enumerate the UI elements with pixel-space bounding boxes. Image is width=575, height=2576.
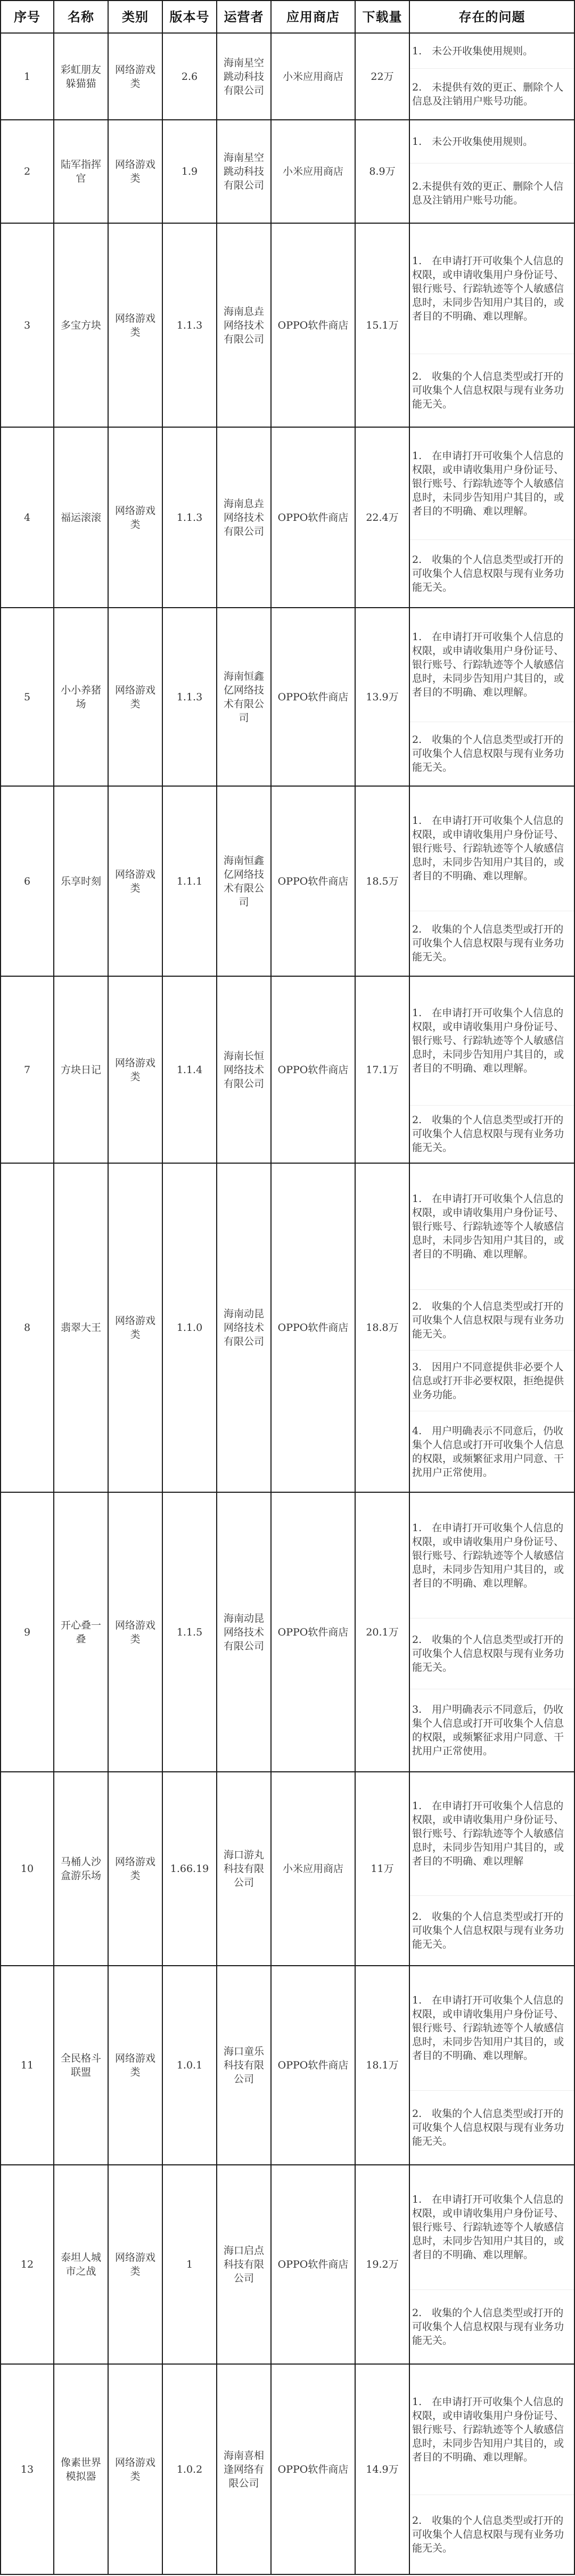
cell-downloads: 11万 [356, 1772, 410, 1965]
cell-category: 网络游戏类 [109, 2365, 163, 2574]
cell-version: 1.1.3 [163, 224, 217, 427]
cell-index: 7 [0, 977, 54, 1163]
cell-index: 2 [0, 120, 54, 223]
cell-name: 乐享时刻 [54, 787, 109, 976]
cell-name: 多宝方块 [54, 224, 109, 427]
cell-store: 小米应用商店 [272, 34, 356, 119]
issue-text: 2. 未提供有效的更正、删除个人信息及注销用户账号功能。 [412, 80, 572, 108]
cell-version: 1.1.4 [163, 977, 217, 1163]
issue-text: 3. 因用户不同意提供非必要个人信息或打开非必要权限，拒绝提供业务功能。 [412, 1360, 572, 1402]
issue-text: 2. 收集的个人信息类型或打开的可收集个人信息权限与现有业务功能无关。 [412, 733, 572, 774]
cell-store: OPPO软件商店 [272, 1164, 356, 1492]
cell-name: 全民格斗联盟 [54, 1966, 109, 2164]
cell-name: 福运滚滚 [54, 428, 109, 607]
cell-index: 10 [0, 1772, 54, 1965]
cell-index: 9 [0, 1493, 54, 1771]
issue-item: 2. 收集的个人信息类型或打开的可收集个人信息权限与现有业务功能无关。 [410, 354, 574, 427]
cell-operator: 海口童乐科技有限公司 [217, 1966, 272, 2164]
cell-category: 网络游戏类 [109, 428, 163, 607]
cell-operator: 海南长恒网络技术有限公司 [217, 977, 272, 1163]
cell-category: 网络游戏类 [109, 224, 163, 427]
issue-item: 2. 收集的个人信息类型或打开的可收集个人信息权限与现有业务功能无关。 [410, 2091, 574, 2164]
issue-item: 2. 收集的个人信息类型或打开的可收集个人信息权限与现有业务功能无关。 [410, 1896, 574, 1965]
issue-item: 1. 在申请打开可收集个人信息的权限，或申请收集用户身份证号、银行账号、行踪轨迹… [410, 2165, 574, 2290]
cell-issues: 1. 未公开收集使用规则。2. 未提供有效的更正、删除个人信息及注销用户账号功能… [410, 34, 575, 119]
cell-issues: 1. 在申请打开可收集个人信息的权限，或申请收集用户身份证号、银行账号、行踪轨迹… [410, 2165, 575, 2364]
cell-issues: 1. 在申请打开可收集个人信息的权限，或申请收集用户身份证号、银行账号、行踪轨迹… [410, 977, 575, 1163]
cell-store: OPPO软件商店 [272, 977, 356, 1163]
cell-operator: 海南动昆网络技术有限公司 [217, 1164, 272, 1492]
cell-version: 1.66.19 [163, 1772, 217, 1965]
cell-category: 网络游戏类 [109, 120, 163, 223]
issue-item: 1. 在申请打开可收集个人信息的权限，或申请收集用户身份证号、银行账号、行踪轨迹… [410, 787, 574, 911]
cell-downloads: 13.9万 [356, 608, 410, 786]
cell-name: 像素世界模拟器 [54, 2365, 109, 2574]
cell-store: OPPO软件商店 [272, 428, 356, 607]
cell-store: OPPO软件商店 [272, 1493, 356, 1771]
issue-text: 1. 在申请打开可收集个人信息的权限，或申请收集用户身份证号、银行账号、行踪轨迹… [412, 1006, 572, 1075]
cell-downloads: 18.8万 [356, 1164, 410, 1492]
issue-item: 2. 收集的个人信息类型或打开的可收集个人信息权限与现有业务功能无关。 [410, 540, 574, 607]
cell-version: 1 [163, 2165, 217, 2364]
cell-version: 1.0.2 [163, 2365, 217, 2574]
cell-index: 11 [0, 1966, 54, 2164]
issue-item: 1. 在申请打开可收集个人信息的权限，或申请收集用户身份证号、银行账号、行踪轨迹… [410, 2365, 574, 2495]
issue-text: 2. 收集的个人信息类型或打开的可收集个人信息权限与现有业务功能无关。 [412, 1299, 572, 1341]
issue-text: 2. 收集的个人信息类型或打开的可收集个人信息权限与现有业务功能无关。 [412, 922, 572, 964]
table-row: 11 全民格斗联盟 网络游戏类 1.0.1 海口童乐科技有限公司 OPPO软件商… [0, 1966, 575, 2165]
issue-item: 2.未提供有效的更正、删除个人信息及注销用户账号功能。 [410, 163, 574, 223]
cell-operator: 海南动昆网络技术有限公司 [217, 1493, 272, 1771]
cell-index: 5 [0, 608, 54, 786]
cell-store: OPPO软件商店 [272, 608, 356, 786]
app-list-table: 序号 名称 类别 版本号 运营者 应用商店 下载量 存在的问题 1 彩虹朋友躲猫… [0, 0, 575, 2575]
header-name: 名称 [54, 1, 109, 32]
table-row: 5 小小养猪场 网络游戏类 1.1.3 海南恒鑫亿网络技术有限公司 OPPO软件… [0, 608, 575, 787]
cell-version: 2.6 [163, 34, 217, 119]
issue-text: 1. 在申请打开可收集个人信息的权限，或申请收集用户身份证号、银行账号、行踪轨迹… [412, 1799, 572, 1868]
cell-issues: 1. 未公开收集使用规则。2.未提供有效的更正、删除个人信息及注销用户账号功能。 [410, 120, 575, 223]
issue-item: 2. 收集的个人信息类型或打开的可收集个人信息权限与现有业务功能无关。 [410, 1618, 574, 1689]
table-header-row: 序号 名称 类别 版本号 运营者 应用商店 下载量 存在的问题 [0, 0, 575, 34]
issue-text: 2. 收集的个人信息类型或打开的可收集个人信息权限与现有业务功能无关。 [412, 2514, 572, 2555]
issue-text: 2. 收集的个人信息类型或打开的可收集个人信息权限与现有业务功能无关。 [412, 1633, 572, 1674]
issue-text: 2.未提供有效的更正、删除个人信息及注销用户账号功能。 [412, 179, 572, 207]
table-row: 10 马桶人沙盒游乐场 网络游戏类 1.66.19 海口游丸科技有限公司 小米应… [0, 1772, 575, 1966]
header-operator: 运营者 [217, 1, 272, 32]
cell-operator: 海口启点科技有限公司 [217, 2165, 272, 2364]
issue-text: 1. 在申请打开可收集个人信息的权限，或申请收集用户身份证号、银行账号、行踪轨迹… [412, 1192, 572, 1261]
cell-downloads: 22万 [356, 34, 410, 119]
issue-item: 1. 在申请打开可收集个人信息的权限，或申请收集用户身份证号、银行账号、行踪轨迹… [410, 608, 574, 722]
cell-store: OPPO软件商店 [272, 224, 356, 427]
cell-index: 1 [0, 34, 54, 119]
header-issues: 存在的问题 [410, 1, 575, 32]
issue-text: 1. 在申请打开可收集个人信息的权限，或申请收集用户身份证号、银行账号、行踪轨迹… [412, 2395, 572, 2464]
cell-store: OPPO软件商店 [272, 2365, 356, 2574]
issue-item: 1. 在申请打开可收集个人信息的权限，或申请收集用户身份证号、银行账号、行踪轨迹… [410, 1164, 574, 1290]
cell-operator: 海口游丸科技有限公司 [217, 1772, 272, 1965]
issue-text: 2. 收集的个人信息类型或打开的可收集个人信息权限与现有业务功能无关。 [412, 1910, 572, 1951]
cell-operator: 海南喜相逢网络有限公司 [217, 2365, 272, 2574]
cell-version: 1.9 [163, 120, 217, 223]
table-row: 1 彩虹朋友躲猫猫 网络游戏类 2.6 海南星空跳动科技有限公司 小米应用商店 … [0, 34, 575, 120]
cell-issues: 1. 在申请打开可收集个人信息的权限，或申请收集用户身份证号、银行账号、行踪轨迹… [410, 1164, 575, 1492]
cell-issues: 1. 在申请打开可收集个人信息的权限，或申请收集用户身份证号、银行账号、行踪轨迹… [410, 224, 575, 427]
issue-text: 2. 收集的个人信息类型或打开的可收集个人信息权限与现有业务功能无关。 [412, 553, 572, 594]
cell-category: 网络游戏类 [109, 977, 163, 1163]
issue-item: 1. 在申请打开可收集个人信息的权限，或申请收集用户身份证号、银行账号、行踪轨迹… [410, 1493, 574, 1618]
cell-operator: 海南星空跳动科技有限公司 [217, 34, 272, 119]
cell-downloads: 19.2万 [356, 2165, 410, 2364]
cell-category: 网络游戏类 [109, 34, 163, 119]
cell-category: 网络游戏类 [109, 2165, 163, 2364]
issue-item: 2. 收集的个人信息类型或打开的可收集个人信息权限与现有业务功能无关。 [410, 2495, 574, 2574]
cell-issues: 1. 在申请打开可收集个人信息的权限，或申请收集用户身份证号、银行账号、行踪轨迹… [410, 1493, 575, 1771]
cell-downloads: 8.9万 [356, 120, 410, 223]
issue-item: 2. 收集的个人信息类型或打开的可收集个人信息权限与现有业务功能无关。 [410, 1290, 574, 1351]
header-category: 类别 [109, 1, 163, 32]
cell-name: 彩虹朋友躲猫猫 [54, 34, 109, 119]
issue-item: 1. 在申请打开可收集个人信息的权限，或申请收集用户身份证号、银行账号、行踪轨迹… [410, 977, 574, 1106]
cell-category: 网络游戏类 [109, 1772, 163, 1965]
issue-text: 3. 用户明确表示不同意后，仍收集个人信息或打开可收集个人信息的权限，或频繁征求… [412, 1703, 572, 1758]
table-row: 13 像素世界模拟器 网络游戏类 1.0.2 海南喜相逢网络有限公司 OPPO软… [0, 2365, 575, 2575]
issue-text: 1. 在申请打开可收集个人信息的权限，或申请收集用户身份证号、银行账号、行踪轨迹… [412, 1521, 572, 1590]
issue-item: 1. 在申请打开可收集个人信息的权限，或申请收集用户身份证号、银行账号、行踪轨迹… [410, 224, 574, 354]
issue-text: 1. 在申请打开可收集个人信息的权限，或申请收集用户身份证号、银行账号、行踪轨迹… [412, 630, 572, 699]
issue-text: 1. 在申请打开可收集个人信息的权限，或申请收集用户身份证号、银行账号、行踪轨迹… [412, 2193, 572, 2262]
cell-downloads: 22.4万 [356, 428, 410, 607]
cell-category: 网络游戏类 [109, 608, 163, 786]
issue-text: 4. 用户明确表示不同意后，仍收集个人信息或打开可收集个人信息的权限，或频繁征求… [412, 1424, 572, 1479]
cell-version: 1.1.0 [163, 1164, 217, 1492]
cell-name: 小小养猪场 [54, 608, 109, 786]
cell-operator: 海南恒鑫亿网络技术有限公司 [217, 608, 272, 786]
table-row: 9 开心叠一叠 网络游戏类 1.1.5 海南动昆网络技术有限公司 OPPO软件商… [0, 1493, 575, 1772]
cell-operator: 海南恒鑫亿网络技术有限公司 [217, 787, 272, 976]
cell-name: 陆军指挥官 [54, 120, 109, 223]
cell-name: 马桶人沙盒游乐场 [54, 1772, 109, 1965]
cell-operator: 海南息垚网络技术有限公司 [217, 428, 272, 607]
cell-operator: 海南星空跳动科技有限公司 [217, 120, 272, 223]
issue-text: 1. 未公开收集使用规则。 [412, 135, 572, 149]
cell-index: 3 [0, 224, 54, 427]
cell-downloads: 18.5万 [356, 787, 410, 976]
cell-issues: 1. 在申请打开可收集个人信息的权限，或申请收集用户身份证号、银行账号、行踪轨迹… [410, 2365, 575, 2574]
cell-downloads: 14.9万 [356, 2365, 410, 2574]
issue-item: 2. 收集的个人信息类型或打开的可收集个人信息权限与现有业务功能无关。 [410, 722, 574, 786]
cell-index: 4 [0, 428, 54, 607]
cell-index: 12 [0, 2165, 54, 2364]
header-store: 应用商店 [272, 1, 356, 32]
table-body: 1 彩虹朋友躲猫猫 网络游戏类 2.6 海南星空跳动科技有限公司 小米应用商店 … [0, 34, 575, 2575]
issue-text: 1. 在申请打开可收集个人信息的权限，或申请收集用户身份证号、银行账号、行踪轨迹… [412, 1993, 572, 2063]
table-row: 3 多宝方块 网络游戏类 1.1.3 海南息垚网络技术有限公司 OPPO软件商店… [0, 224, 575, 428]
cell-operator: 海南息垚网络技术有限公司 [217, 224, 272, 427]
header-downloads: 下载量 [356, 1, 410, 32]
cell-version: 1.0.1 [163, 1966, 217, 2164]
table-row: 12 泰坦人城市之战 网络游戏类 1 海口启点科技有限公司 OPPO软件商店 1… [0, 2165, 575, 2365]
cell-category: 网络游戏类 [109, 1164, 163, 1492]
issue-item: 2. 未提供有效的更正、删除个人信息及注销用户账号功能。 [410, 69, 574, 119]
cell-store: 小米应用商店 [272, 1772, 356, 1965]
issue-text: 1. 在申请打开可收集个人信息的权限，或申请收集用户身份证号、银行账号、行踪轨迹… [412, 254, 572, 323]
cell-version: 1.1.5 [163, 1493, 217, 1771]
issue-text: 1. 未公开收集使用规则。 [412, 44, 572, 58]
cell-index: 6 [0, 787, 54, 976]
cell-issues: 1. 在申请打开可收集个人信息的权限，或申请收集用户身份证号、银行账号、行踪轨迹… [410, 1772, 575, 1965]
cell-issues: 1. 在申请打开可收集个人信息的权限，或申请收集用户身份证号、银行账号、行踪轨迹… [410, 428, 575, 607]
cell-name: 泰坦人城市之战 [54, 2165, 109, 2364]
issue-text: 2. 收集的个人信息类型或打开的可收集个人信息权限与现有业务功能无关。 [412, 2107, 572, 2148]
issue-item: 3. 因用户不同意提供非必要个人信息或打开非必要权限，拒绝提供业务功能。 [410, 1351, 574, 1412]
cell-downloads: 17.1万 [356, 977, 410, 1163]
issue-item: 1. 在申请打开可收集个人信息的权限，或申请收集用户身份证号、银行账号、行踪轨迹… [410, 1772, 574, 1896]
cell-version: 1.1.3 [163, 428, 217, 607]
cell-issues: 1. 在申请打开可收集个人信息的权限，或申请收集用户身份证号、银行账号、行踪轨迹… [410, 787, 575, 976]
table-row: 8 翡翠大王 网络游戏类 1.1.0 海南动昆网络技术有限公司 OPPO软件商店… [0, 1164, 575, 1493]
cell-store: OPPO软件商店 [272, 787, 356, 976]
issue-item: 2. 收集的个人信息类型或打开的可收集个人信息权限与现有业务功能无关。 [410, 2290, 574, 2364]
header-version: 版本号 [163, 1, 217, 32]
cell-index: 13 [0, 2365, 54, 2574]
cell-downloads: 15.1万 [356, 224, 410, 427]
issue-text: 2. 收集的个人信息类型或打开的可收集个人信息权限与现有业务功能无关。 [412, 2306, 572, 2348]
table-row: 6 乐享时刻 网络游戏类 1.1.1 海南恒鑫亿网络技术有限公司 OPPO软件商… [0, 787, 575, 977]
cell-category: 网络游戏类 [109, 1493, 163, 1771]
table-row: 7 方块日记 网络游戏类 1.1.4 海南长恒网络技术有限公司 OPPO软件商店… [0, 977, 575, 1164]
cell-name: 方块日记 [54, 977, 109, 1163]
cell-store: OPPO软件商店 [272, 1966, 356, 2164]
issue-text: 1. 在申请打开可收集个人信息的权限，或申请收集用户身份证号、银行账号、行踪轨迹… [412, 449, 572, 518]
issue-text: 2. 收集的个人信息类型或打开的可收集个人信息权限与现有业务功能无关。 [412, 1113, 572, 1155]
table-row: 4 福运滚滚 网络游戏类 1.1.3 海南息垚网络技术有限公司 OPPO软件商店… [0, 428, 575, 608]
issue-text: 1. 在申请打开可收集个人信息的权限，或申请收集用户身份证号、银行账号、行踪轨迹… [412, 814, 572, 883]
cell-downloads: 18.1万 [356, 1966, 410, 2164]
cell-store: OPPO软件商店 [272, 2165, 356, 2364]
issue-item: 1. 在申请打开可收集个人信息的权限，或申请收集用户身份证号、银行账号、行踪轨迹… [410, 1966, 574, 2091]
cell-name: 翡翠大王 [54, 1164, 109, 1492]
issue-item: 4. 用户明确表示不同意后，仍收集个人信息或打开可收集个人信息的权限，或频繁征求… [410, 1411, 574, 1492]
issue-item: 1. 在申请打开可收集个人信息的权限，或申请收集用户身份证号、银行账号、行踪轨迹… [410, 428, 574, 540]
cell-name: 开心叠一叠 [54, 1493, 109, 1771]
issue-item: 2. 收集的个人信息类型或打开的可收集个人信息权限与现有业务功能无关。 [410, 911, 574, 976]
cell-index: 8 [0, 1164, 54, 1492]
issue-item: 1. 未公开收集使用规则。 [410, 120, 574, 163]
cell-version: 1.1.3 [163, 608, 217, 786]
cell-issues: 1. 在申请打开可收集个人信息的权限，或申请收集用户身份证号、银行账号、行踪轨迹… [410, 1966, 575, 2164]
issue-text: 2. 收集的个人信息类型或打开的可收集个人信息权限与现有业务功能无关。 [412, 370, 572, 411]
table-row: 2 陆军指挥官 网络游戏类 1.9 海南星空跳动科技有限公司 小米应用商店 8.… [0, 120, 575, 224]
cell-issues: 1. 在申请打开可收集个人信息的权限，或申请收集用户身份证号、银行账号、行踪轨迹… [410, 608, 575, 786]
issue-item: 3. 用户明确表示不同意后，仍收集个人信息或打开可收集个人信息的权限，或频繁征求… [410, 1689, 574, 1771]
issue-item: 1. 未公开收集使用规则。 [410, 34, 574, 69]
cell-category: 网络游戏类 [109, 1966, 163, 2164]
cell-version: 1.1.1 [163, 787, 217, 976]
cell-category: 网络游戏类 [109, 787, 163, 976]
cell-store: 小米应用商店 [272, 120, 356, 223]
cell-downloads: 20.1万 [356, 1493, 410, 1771]
issue-item: 2. 收集的个人信息类型或打开的可收集个人信息权限与现有业务功能无关。 [410, 1106, 574, 1163]
header-index: 序号 [0, 1, 54, 32]
